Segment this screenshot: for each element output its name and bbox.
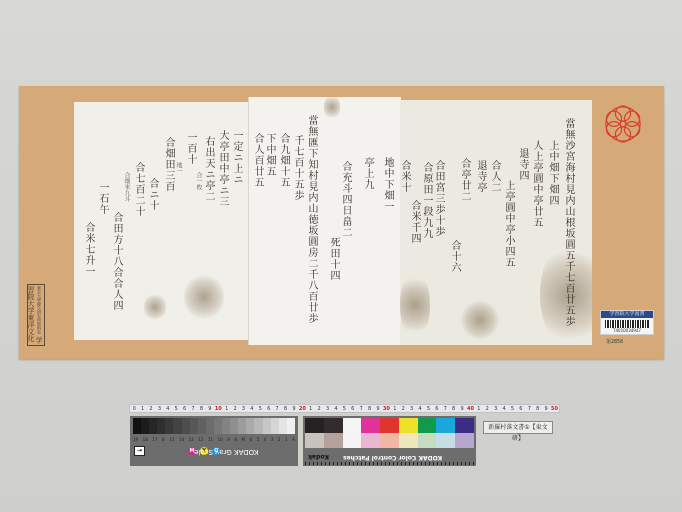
color-patch	[343, 433, 362, 448]
library-label-header: 学習院大学図書	[601, 311, 653, 318]
gray-step-marker: 3	[271, 437, 274, 442]
ruler-tick-label: 4	[248, 406, 256, 412]
text-column: 合七百二十	[133, 162, 144, 217]
ruler-tick-label: 6	[265, 406, 273, 412]
gray-step	[206, 418, 214, 434]
text-column: 合畑田三百	[163, 137, 174, 192]
text-column: 合十六	[449, 240, 460, 273]
ruler-tick-label: 5	[172, 406, 180, 412]
text-column: 退寺亭	[475, 160, 486, 193]
text-column: 合米七升一	[83, 222, 94, 277]
ruler-tick-label: 10	[214, 406, 222, 412]
ruler-tick-label: 4	[164, 406, 172, 412]
gray-step-marker: 1	[285, 437, 288, 442]
ruler-tick-label: 1	[475, 406, 483, 412]
gray-step	[173, 418, 181, 434]
ruler-tick-label: 5	[256, 406, 264, 412]
color-patch	[418, 433, 437, 448]
ruler-tick-label: 5	[340, 406, 348, 412]
barcode-number: T4010034947	[601, 328, 653, 333]
gray-step-marker: 8	[234, 437, 237, 442]
color-patch	[305, 418, 324, 433]
ruler-tick-label: 7	[441, 406, 449, 412]
gray-step-marker: 2	[278, 437, 281, 442]
ruler-tick-label: 6	[517, 406, 525, 412]
gray-step-marker: 9	[227, 437, 230, 442]
ruler-tick-label: 9	[542, 406, 550, 412]
color-card-title: KODAK Color Control Patches	[343, 454, 442, 461]
gray-step-marker: 18	[143, 437, 148, 442]
text-column: 合米千四	[409, 200, 420, 244]
gray-step	[238, 418, 246, 434]
ruler-tick-label: 6	[433, 406, 441, 412]
document-caption-label: 新羅村落文書①【東文研】	[483, 421, 553, 434]
ruler-tick-label: 30	[382, 406, 390, 412]
color-patch	[418, 418, 437, 433]
ruler-tick-label: 3	[323, 406, 331, 412]
gray-step	[198, 418, 206, 434]
ruler-tick-label: 6	[349, 406, 357, 412]
institution-side-label: 東京大學總合研究所資料室 学習院大学東洋文化研究所	[27, 284, 45, 346]
gray-step	[279, 418, 287, 434]
ruler-tick-label: 5	[508, 406, 516, 412]
gray-step	[157, 418, 165, 434]
color-card-scale	[305, 462, 474, 465]
ruler-tick-label: 3	[407, 406, 415, 412]
text-column: 地中下畑一	[382, 157, 393, 212]
ruler-tick-label: 0	[130, 406, 138, 412]
gray-step	[165, 418, 173, 434]
ruler-tick-label: 7	[189, 406, 197, 412]
ruler-tick-label: 8	[449, 406, 457, 412]
ruler-tick-label: 8	[281, 406, 289, 412]
text-column: 右出天ニ亭二	[203, 136, 214, 202]
gray-step-marker: 5	[257, 437, 260, 442]
kodak-color-patches-card: Kodak KODAK Color Control Patches	[303, 416, 476, 466]
library-barcode-label: 学習院大学図書 T4010034947	[600, 310, 654, 335]
color-patch	[361, 433, 380, 448]
gray-step-marker: 11	[208, 437, 213, 442]
side-label-subtitle: 東京大學總合研究所資料室	[37, 286, 42, 334]
color-patch	[343, 418, 362, 433]
gray-step	[263, 418, 271, 434]
document-sheet-2: 當無匯下知村見内山徳坂圓房二千八百廿歩 千七百十五歩 合九畑十五 下中畑五 合人…	[248, 97, 401, 345]
color-patch	[361, 418, 380, 433]
gray-step	[271, 418, 279, 434]
text-column: 一百十	[185, 132, 196, 165]
ruler-tick-label: 7	[273, 406, 281, 412]
ruler-tick-label: 9	[206, 406, 214, 412]
gray-scale-strip	[133, 418, 295, 434]
gray-step-marker: 17	[152, 437, 157, 442]
text-column: 合一枚	[193, 172, 204, 190]
color-patch	[455, 433, 474, 448]
ruler-tick-label: 2	[399, 406, 407, 412]
gray-step-marker: A	[292, 437, 295, 442]
ruler-tick-label: 1	[138, 406, 146, 412]
ruler-tick-label: 7	[357, 406, 365, 412]
text-column: 合九畑十五	[278, 133, 289, 188]
color-patch	[399, 433, 418, 448]
text-column: 大亭田中亭ニ三	[217, 130, 228, 207]
ruler-tick-label: 8	[534, 406, 542, 412]
ruler-tick-label: 2	[231, 406, 239, 412]
ruler-tick-label: 4	[500, 406, 508, 412]
gray-step-marker: 10	[218, 437, 223, 442]
stamp-number: 第2858	[606, 338, 623, 345]
ruler-tick-label: 50	[550, 406, 558, 412]
gray-step-marker: 4	[264, 437, 267, 442]
ruler-tick-label: 5	[424, 406, 432, 412]
text-column: 亭上九	[362, 157, 373, 190]
text-column: 千七百十五歩	[292, 135, 303, 201]
text-column: 一石午	[97, 182, 108, 215]
text-column: 上亭圓中亭小四五	[503, 180, 514, 268]
text-column: 當無沙宮海村見内山根坂圓五千七百廿五歩	[563, 118, 574, 327]
gray-step	[133, 418, 141, 434]
text-column: 合人百廿五	[252, 133, 263, 188]
text-column: 合田宮三歩十歩	[433, 160, 444, 237]
gray-step-marker: 6	[249, 437, 252, 442]
gray-step	[287, 418, 295, 434]
kodak-gray-scale-card: 191817B15141312111098M654321A ⇥ M Y C KO…	[130, 416, 298, 466]
color-patch	[380, 418, 399, 433]
ruler-tick-label: 2	[483, 406, 491, 412]
gray-step	[254, 418, 262, 434]
document-sheet-1: 一定ニ上ニ 大亭田中亭ニ三 右出天ニ亭二 合一枚 一百十 地一 合畑田三百 合ニ…	[74, 102, 250, 340]
gray-step-marker: M	[241, 437, 244, 442]
barcode-icon	[605, 320, 649, 328]
text-column: 下中畑五	[264, 133, 275, 177]
color-patches-grid	[305, 418, 474, 448]
gray-step	[141, 418, 149, 434]
gray-step-marker: 13	[189, 437, 194, 442]
color-patch	[436, 433, 455, 448]
ruler-tick-label: 40	[466, 406, 474, 412]
floral-seal-icon	[604, 105, 642, 143]
ruler-tick-label: 4	[416, 406, 424, 412]
ruler-tick-label: 6	[180, 406, 188, 412]
color-patch	[455, 418, 474, 433]
text-column: 合田方十八合合人四	[111, 212, 122, 311]
ruler-tick-label: 9	[458, 406, 466, 412]
text-column: 當無匯下知村見内山徳坂圓房二千八百廿歩	[306, 115, 317, 324]
color-patch	[324, 418, 343, 433]
text-column: 合亭廿二	[459, 158, 470, 202]
gray-step	[230, 418, 238, 434]
text-column: 合畑米九斗	[121, 172, 132, 202]
ruler-tick-label: 1	[222, 406, 230, 412]
ruler-tick-label: 9	[374, 406, 382, 412]
document-sheet-3: 當無沙宮海村見内山根坂圓五千七百廿五歩 上中畑下畑四 人上亭圓中亭廿五 退寺四 …	[400, 100, 592, 345]
color-patch	[399, 418, 418, 433]
ruler-tick-label: 9	[290, 406, 298, 412]
ruler-tick-label: 3	[239, 406, 247, 412]
text-column: 合充斗四日畠二	[340, 161, 351, 238]
ruler-tick-label: 2	[147, 406, 155, 412]
color-patch	[436, 418, 455, 433]
text-column: 合米十	[400, 160, 410, 193]
ruler-tick-label: 20	[298, 406, 306, 412]
ruler-tick-label: 1	[391, 406, 399, 412]
gray-step	[149, 418, 157, 434]
ruler-tick-label: 2	[315, 406, 323, 412]
gray-card-title: KODAK Gray Scale	[194, 448, 258, 456]
gray-step	[246, 418, 254, 434]
color-patch	[324, 433, 343, 448]
gray-step	[214, 418, 222, 434]
ruler-tick-label: 8	[197, 406, 205, 412]
gray-step-marker: 14	[179, 437, 184, 442]
exit-icon: ⇥	[134, 446, 145, 456]
gray-step	[182, 418, 190, 434]
ruler-tick-label: 7	[525, 406, 533, 412]
gray-step-marker: 15	[169, 437, 174, 442]
measurement-ruler: 0123456789101234567892012345678930123456…	[129, 404, 560, 413]
kodak-logo: Kodak	[308, 453, 329, 460]
gray-step-marker: 12	[198, 437, 203, 442]
ruler-tick-label: 8	[365, 406, 373, 412]
gray-step-marker: B	[162, 437, 165, 442]
gray-scale-markers: 191817B15141312111098M654321A	[133, 437, 295, 442]
ruler-tick-label: 3	[155, 406, 163, 412]
text-column: 合ニ十	[147, 178, 158, 211]
text-column: 一定ニ上ニ	[231, 130, 242, 185]
gray-step	[190, 418, 198, 434]
gray-step	[222, 418, 230, 434]
color-patch	[380, 433, 399, 448]
gray-step-marker: 19	[133, 437, 138, 442]
color-patch	[305, 433, 324, 448]
ruler-tick-label: 1	[307, 406, 315, 412]
ruler-tick-label: 4	[332, 406, 340, 412]
text-column: 合原田一段九九	[421, 162, 432, 239]
ruler-tick-label: 3	[491, 406, 499, 412]
text-column: 人上亭圓中亭廿五	[531, 140, 542, 228]
text-column: 地一	[173, 162, 184, 174]
text-column: 退寺四	[517, 148, 528, 181]
text-column: 上中畑下畑四	[547, 140, 558, 206]
text-column: 死田十四	[328, 237, 339, 281]
text-column: 合人二	[489, 160, 500, 193]
